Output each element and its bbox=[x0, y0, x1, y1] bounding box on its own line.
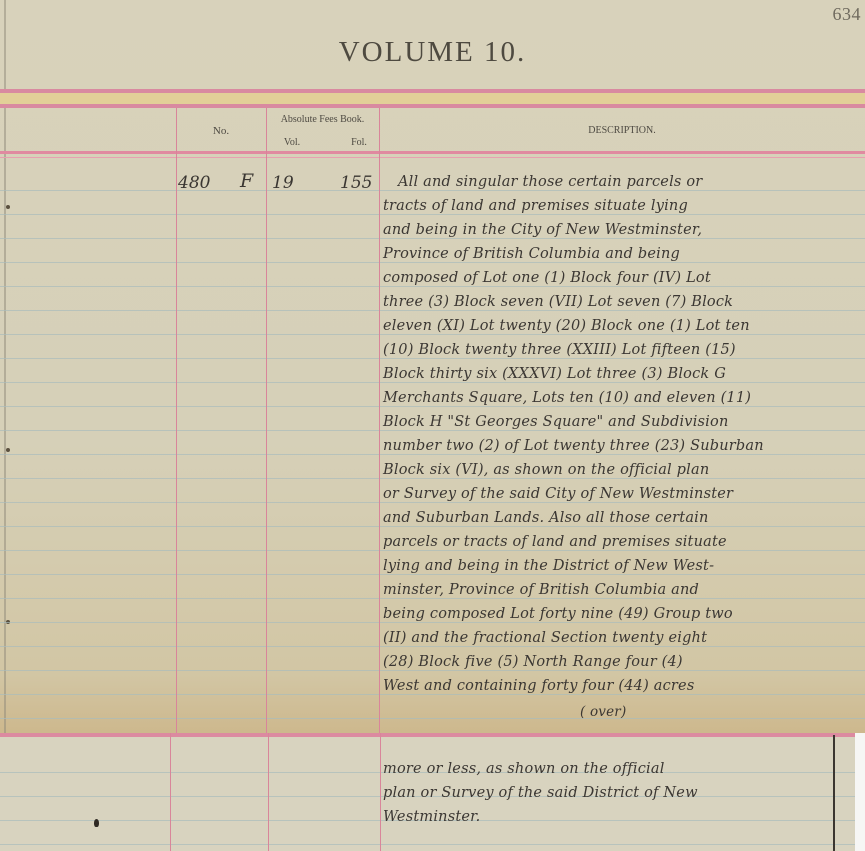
header-fol: Fol. bbox=[345, 137, 373, 148]
column-rule bbox=[266, 108, 267, 733]
description-line: more or less, as shown on the official bbox=[383, 757, 665, 781]
entry-letter: F bbox=[240, 170, 253, 192]
header-band bbox=[0, 93, 865, 104]
description-line: eleven (XI) Lot twenty (20) Block one (1… bbox=[383, 314, 750, 338]
description-line: three (3) Block seven (VII) Lot seven (7… bbox=[383, 290, 733, 314]
description-line: (28) Block five (5) North Range four (4) bbox=[383, 650, 683, 674]
ruled-line bbox=[0, 844, 855, 845]
header-rule bbox=[0, 157, 865, 158]
description-line: being composed Lot forty nine (49) Group… bbox=[383, 602, 733, 626]
column-rule bbox=[170, 733, 171, 851]
description-line: (10) Block twenty three (XXIII) Lot fift… bbox=[383, 338, 736, 362]
header-no: No. bbox=[176, 125, 266, 137]
description-line: lying and being in the District of New W… bbox=[383, 554, 714, 578]
description-line: Block thirty six (XXXVI) Lot three (3) B… bbox=[383, 362, 726, 386]
description-line: Province of British Columbia and being bbox=[383, 242, 680, 266]
description-line: tracts of land and premises situate lyin… bbox=[383, 194, 688, 218]
ink-blot bbox=[94, 819, 99, 827]
header-absolute-fees-book: Absolute Fees Book. bbox=[266, 114, 379, 125]
description-line: Westminster. bbox=[383, 805, 481, 829]
ruled-line bbox=[0, 718, 865, 719]
description-line: minster, Province of British Columbia an… bbox=[383, 578, 699, 602]
ledger-page-continued: more or less, as shown on the official p… bbox=[0, 733, 855, 851]
entry-vol: 19 bbox=[272, 173, 294, 193]
description-line: and Suburban Lands. Also all those certa… bbox=[383, 506, 709, 530]
description-line: number two (2) of Lot twenty three (23) … bbox=[383, 434, 764, 458]
header-rule bbox=[0, 733, 855, 737]
description-line: (II) and the fractional Section twenty e… bbox=[383, 626, 707, 650]
binding-hole bbox=[6, 448, 10, 452]
column-rule bbox=[268, 733, 269, 851]
binding-hole bbox=[6, 205, 10, 209]
volume-title: VOLUME 10. bbox=[0, 36, 865, 69]
header-rule bbox=[0, 151, 865, 154]
header-description: DESCRIPTION. bbox=[379, 125, 865, 136]
description-line: Block six (VI), as shown on the official… bbox=[383, 458, 709, 482]
column-rule bbox=[380, 733, 381, 851]
description-line: and being in the City of New Westminster… bbox=[383, 218, 702, 242]
description-line: plan or Survey of the said District of N… bbox=[383, 781, 698, 805]
header-rule bbox=[0, 104, 865, 108]
description-line: composed of Lot one (1) Block four (IV) … bbox=[383, 266, 711, 290]
description-line: Merchants Square, Lots ten (10) and elev… bbox=[383, 386, 751, 410]
ledger-page: 634 VOLUME 10. No. Absolute Fees Book. V… bbox=[0, 0, 865, 733]
page-number: 634 bbox=[833, 4, 862, 25]
description-line: West and containing forty four (44) acre… bbox=[383, 674, 694, 698]
page-edge-line bbox=[833, 735, 835, 851]
continuation-note: ( over) bbox=[580, 700, 626, 724]
background-corner bbox=[855, 733, 865, 851]
column-rule bbox=[176, 108, 177, 733]
description-line: or Survey of the said City of New Westmi… bbox=[383, 482, 733, 506]
description-line: All and singular those certain parcels o… bbox=[398, 170, 702, 194]
header-vol: Vol. bbox=[280, 137, 304, 148]
entry-number: 480 bbox=[178, 173, 210, 193]
entry-fol: 155 bbox=[340, 173, 372, 193]
description-line: parcels or tracts of land and premises s… bbox=[383, 530, 727, 554]
column-rule bbox=[379, 108, 380, 733]
description-line: Block H "St Georges Square" and Subdivis… bbox=[383, 410, 728, 434]
